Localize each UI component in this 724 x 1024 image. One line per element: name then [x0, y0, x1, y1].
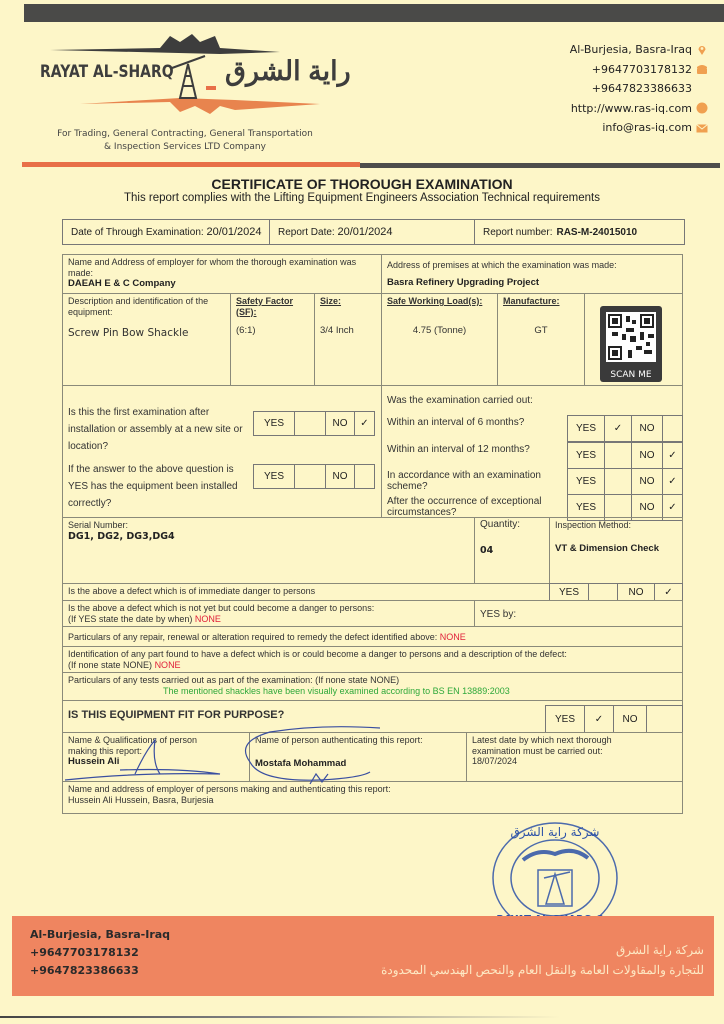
premises-cell: Address of premises at which the examina… [381, 254, 683, 294]
identification-row: Identification of any part found to have… [62, 646, 683, 673]
no-checkbox[interactable]: ✓ [663, 443, 682, 468]
report-info-table: Date of Through Examination: 20/01/2024 … [62, 219, 685, 245]
no-checkbox[interactable] [663, 416, 682, 441]
exam-date: 20/01/2024 [206, 226, 261, 238]
signature-marks [60, 722, 380, 787]
yes-label: YES [568, 443, 605, 468]
no-label: NO [632, 443, 663, 468]
next-exam-date: 18/07/2024 [472, 756, 677, 767]
yes-label: YES [568, 469, 605, 494]
carried-out-answer: YESNO✓ [567, 442, 683, 469]
qr-scan-label: SCAN ME [600, 370, 662, 380]
company-tagline: For Trading, General Contracting, Genera… [40, 128, 330, 154]
fit-yes-checkbox[interactable]: ✓ [585, 706, 614, 732]
first-exam-yes-checkbox[interactable] [295, 412, 326, 435]
fit-no-checkbox[interactable] [647, 706, 682, 732]
qr-code[interactable]: SCAN ME [600, 306, 662, 382]
first-exam-answer: YES NO ✓ [253, 411, 375, 436]
repair-row: Particulars of any repair, renewal or al… [62, 626, 683, 647]
future-danger-cell: Is the above a defect which is not yet b… [62, 600, 475, 627]
report-number-cell: Report number:RAS-M-24015010 [475, 220, 684, 244]
first-exam-question: Is this the first examination after inst… [68, 404, 253, 455]
safety-factor-cell: Safety Factor (SF): (6:1) [230, 293, 315, 386]
immediate-danger-no-checkbox[interactable]: ✓ [655, 584, 682, 600]
report-date-cell: Report Date: 20/01/2024 [270, 220, 475, 244]
serial-number: DG1, DG2, DG3,DG4 [68, 531, 469, 542]
yes-by-cell: YES by: [474, 600, 683, 627]
tagline-line-2: & Inspection Services LTD Company [40, 141, 330, 154]
first-exam-cell: Is this the first examination after inst… [62, 385, 382, 518]
manufacture-cell: Manufacture: GT [497, 293, 585, 386]
footer-phone-1[interactable]: +9647703178132 [30, 944, 170, 962]
tests-row: Particulars of any tests carried out as … [62, 672, 683, 701]
qr-code-icon [606, 312, 656, 362]
no-label: NO [632, 416, 663, 441]
no-label: NO [632, 469, 663, 494]
carried-out-question: Within an interval of 12 months? [387, 444, 557, 455]
premises-value: Basra Refinery Upgrading Project [387, 277, 677, 288]
yes-checkbox[interactable]: ✓ [605, 416, 632, 441]
certificate-title: CERTIFICATE OF THOROUGH EXAMINATION [0, 176, 724, 192]
header-divider-orange [22, 162, 360, 167]
carried-out-question: Within an interval of 6 months? [387, 417, 557, 428]
footer-phone-2[interactable]: +9647823386633 [30, 962, 170, 980]
yes-label: YES [568, 416, 605, 441]
company-name-ar: راية الشرق [225, 56, 351, 87]
contact-website[interactable]: http://www.ras-iq.com [570, 99, 708, 119]
contact-address: Al-Burjesia, Basra-Iraq [570, 40, 708, 60]
exam-date-cell: Date of Through Examination: 20/01/2024 [63, 220, 270, 244]
certificate-subtitle: This report complies with the Lifting Eq… [0, 192, 724, 204]
svg-text:شركة راية الشرق: شركة راية الشرق [511, 825, 600, 840]
header-top-bar [24, 4, 724, 22]
carried-out-question: In accordance with an examination scheme… [387, 470, 557, 492]
page-bottom-edge [0, 1016, 560, 1018]
identification-value: NONE [155, 660, 181, 670]
employer-cell: Name and Address of employer for whom th… [62, 254, 382, 294]
installed-correctly-yes-checkbox[interactable] [295, 465, 326, 488]
serial-number-cell: Serial Number: DG1, DG2, DG3,DG4 [62, 517, 475, 584]
envelope-icon [696, 122, 708, 134]
employer-of-persons-value: Hussein Ali Hussein, Basra, Burjesia [68, 795, 677, 806]
swl-cell: Safe Working Load(s): 4.75 (Tonne) [381, 293, 498, 386]
contact-phone-2[interactable]: +9647823386633 [570, 79, 708, 99]
tagline-line-1: For Trading, General Contracting, Genera… [40, 128, 330, 141]
future-danger-value: NONE [195, 614, 221, 624]
location-pin-icon [696, 44, 708, 56]
repair-value: NONE [440, 632, 466, 642]
size-cell: Size: 3/4 Inch [314, 293, 382, 386]
installed-correctly-answer: YES NO [253, 464, 375, 489]
equipment-description-cell: Description and identification of the eq… [62, 293, 231, 386]
installed-correctly-question: If the answer to the above question is Y… [68, 461, 253, 512]
size: 3/4 Inch [320, 325, 376, 336]
manufacture: GT [503, 325, 579, 336]
footer-contacts: Al-Burjesia, Basra-Iraq +9647703178132 +… [30, 926, 170, 980]
employer-value: DAEAH E & C Company [68, 278, 376, 289]
immediate-danger-answer: YES NO ✓ [549, 583, 683, 601]
contact-email[interactable]: info@ras-iq.com [570, 118, 708, 138]
quantity-cell: Quantity: 04 [474, 517, 550, 584]
tests-value: The mentioned shackles have been visuall… [68, 686, 677, 697]
contact-info: Al-Burjesia, Basra-Iraq +9647703178132 +… [570, 40, 708, 138]
globe-icon [696, 102, 708, 114]
next-exam-cell: Latest date by which next thorough exami… [466, 732, 683, 782]
safety-factor: (6:1) [236, 325, 309, 336]
report-number: RAS-M-24015010 [556, 227, 637, 238]
header-divider-dark [360, 163, 720, 168]
inspection-method: VT & Dimension Check [555, 543, 677, 554]
contact-phone-1[interactable]: +9647703178132 [570, 60, 708, 80]
carried-out-question: After the occurrence of exceptional circ… [387, 496, 557, 518]
yes-checkbox[interactable] [605, 443, 632, 468]
carried-out-answer: YES✓NO [567, 415, 683, 442]
footer-company-ar: شركة راية الشرق للتجارة والمقاولات العام… [381, 940, 704, 980]
immediate-danger-yes-checkbox[interactable] [589, 584, 618, 600]
company-name-en: RAYAT AL-SHARQ [40, 62, 174, 82]
footer-address: Al-Burjesia, Basra-Iraq [30, 926, 170, 944]
yes-checkbox[interactable] [605, 469, 632, 494]
inspection-method-cell: Inspection Method: VT & Dimension Check [549, 517, 683, 584]
swl: 4.75 (Tonne) [387, 325, 492, 336]
no-checkbox[interactable]: ✓ [663, 469, 682, 494]
report-date: 20/01/2024 [337, 226, 392, 238]
quantity: 04 [480, 545, 544, 556]
first-exam-no-checkbox[interactable]: ✓ [355, 412, 374, 435]
installed-correctly-no-checkbox[interactable] [355, 465, 374, 488]
phone-icon [696, 63, 708, 75]
carried-out-answer: YESNO✓ [567, 468, 683, 495]
equipment-description: Screw Pin Bow Shackle [68, 327, 225, 339]
fit-for-purpose-answer: YES ✓ NO [545, 705, 683, 733]
company-stamp: شركة راية الشرق RAYAT AL-SHARQ Co. [488, 818, 622, 928]
